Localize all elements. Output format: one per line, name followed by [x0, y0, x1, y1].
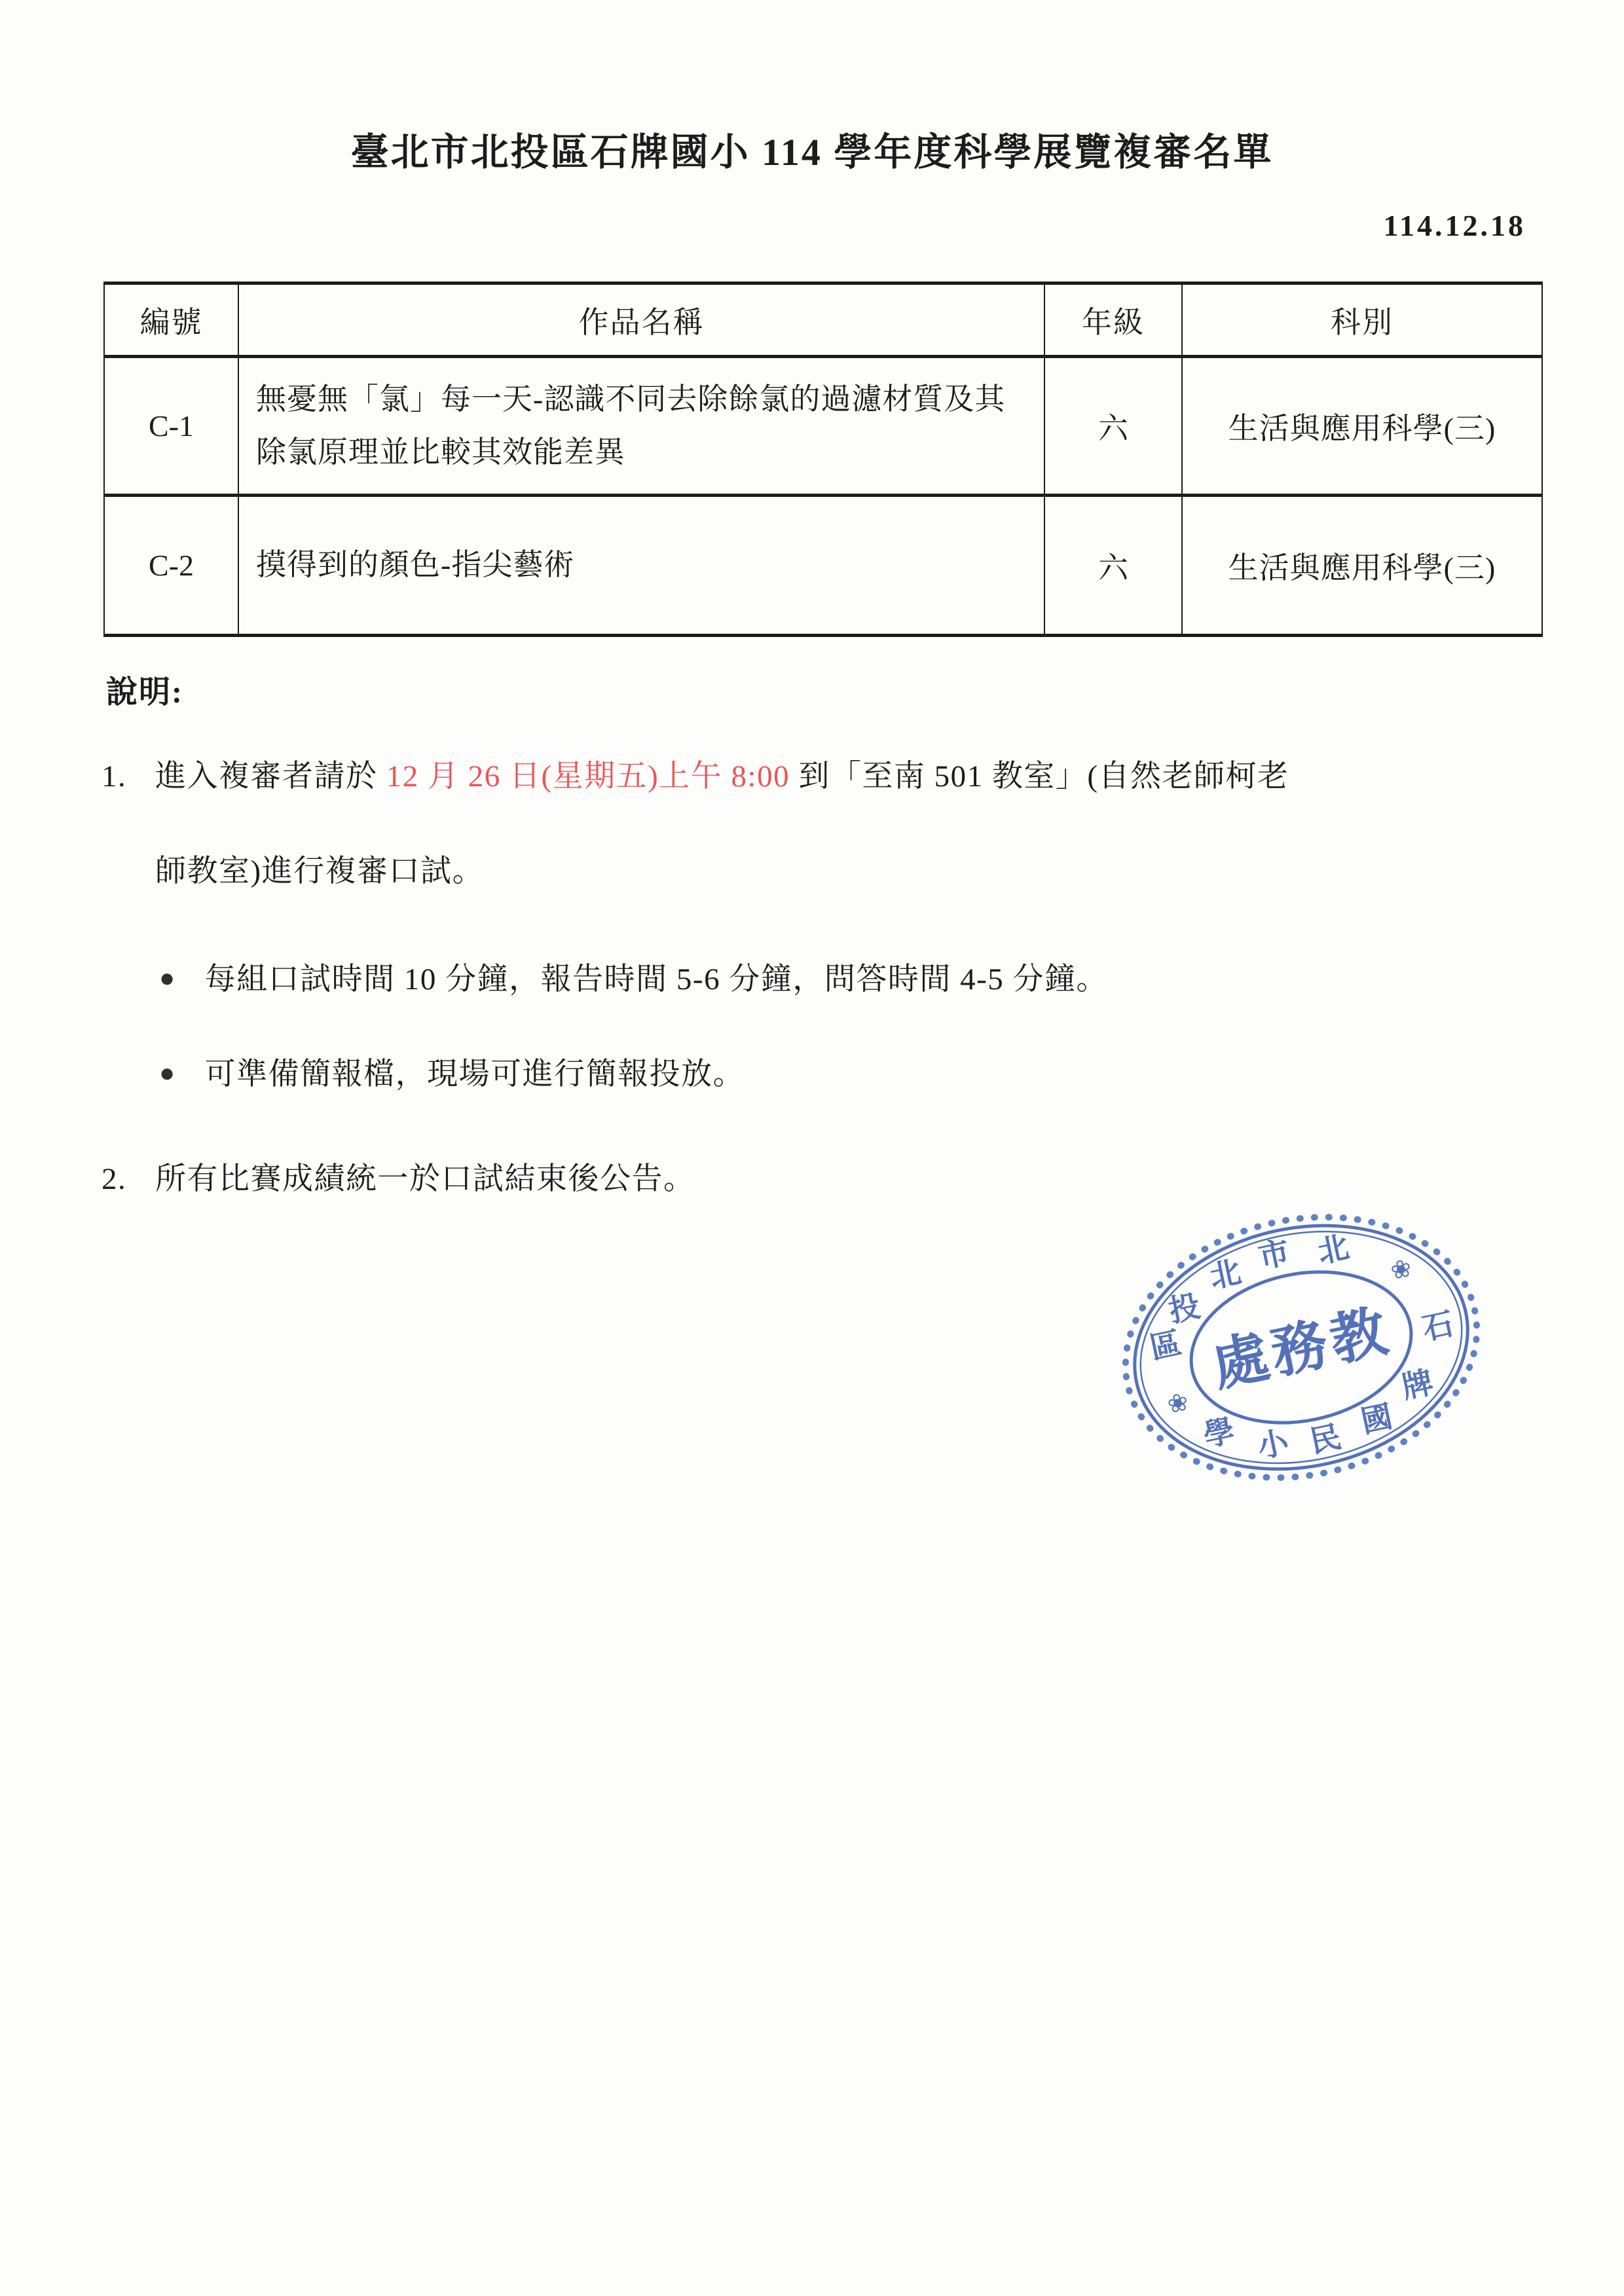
note-item-number: 2.: [101, 1161, 155, 1197]
col-header-id: 編號: [104, 283, 238, 357]
entry-grade: 六: [1044, 496, 1182, 636]
bullet-text: 可準備簡報檔，現場可進行簡報投放。: [205, 1057, 745, 1091]
col-header-category: 科別: [1182, 283, 1542, 357]
entry-title: 無憂無「氯」每一天-認識不同去除餘氯的過濾材質及其除氯原理並比較其效能差異: [238, 357, 1044, 496]
table-row: C-1 無憂無「氯」每一天-認識不同去除餘氯的過濾材質及其除氯原理並比較其效能差…: [104, 357, 1542, 496]
stamp-ring-char: 石: [1420, 1307, 1457, 1347]
stamp-ring-char: 民: [1307, 1420, 1344, 1460]
note-item-1-line-2: 師教室)進行複審口試。: [155, 847, 484, 890]
stamp-ring-char: 北: [1207, 1255, 1244, 1295]
highlighted-date-time: 12 月 26 日(星期五)上午 8:00: [386, 759, 799, 793]
entry-grade: 六: [1044, 357, 1182, 496]
note-item-2: 2.所有比賽成績統一於口試結束後公告。: [101, 1154, 695, 1198]
stamp-flower-icon: ❀: [1165, 1388, 1191, 1419]
entry-title: 摸得到的顏色-指尖藝術: [238, 496, 1044, 636]
stamp-ring-char: 國: [1358, 1400, 1395, 1440]
table-header-row: 編號 作品名稱 年級 科別: [104, 283, 1542, 357]
school-office-stamp: 投 北 市 北 ❀ 石 牌 國 民 小 學 ❀ 區 處務教: [1090, 1174, 1513, 1520]
note-item-text: 進入複審者請於 12 月 26 日(星期五)上午 8:00 到「至南 501 教…: [155, 759, 1289, 793]
note-item-number: 1.: [101, 759, 155, 794]
entry-category: 生活與應用科學(三): [1182, 496, 1542, 636]
bullet-icon: ●: [159, 962, 176, 993]
note-item-text: 所有比賽成績統一於口試結束後公告。: [155, 1162, 695, 1196]
stamp-ring-char: 牌: [1399, 1366, 1437, 1406]
table-row: C-2 摸得到的顏色-指尖藝術 六 生活與應用科學(三): [104, 496, 1542, 636]
col-header-title: 作品名稱: [238, 283, 1044, 357]
review-table: 編號 作品名稱 年級 科別 C-1 無憂無「氯」每一天-認識不同去除餘氯的過濾材…: [103, 282, 1543, 637]
page-title: 臺北市北投區石牌國小 114 學年度科學展覽複審名單: [0, 121, 1624, 176]
note-bullet-2: ●可準備簡報檔，現場可進行簡報投放。: [159, 1049, 745, 1093]
document-page: 臺北市北投區石牌國小 114 學年度科學展覽複審名單 114.12.18 編號 …: [0, 0, 1624, 2296]
bullet-text: 每組口試時間 10 分鐘，報告時間 5-6 分鐘，問答時間 4-5 分鐘。: [205, 962, 1108, 996]
entry-id: C-2: [104, 496, 238, 636]
stamp-ring-char: 市: [1255, 1235, 1293, 1275]
stamp-center-text: 處務教: [1206, 1299, 1396, 1398]
stamp-flower-icon: ❀: [1388, 1254, 1414, 1286]
bullet-icon: ●: [159, 1057, 176, 1088]
stamp-ring-char: 小: [1255, 1425, 1293, 1465]
document-date: 114.12.18: [1384, 208, 1526, 243]
note-bullet-1: ●每組口試時間 10 分鐘，報告時間 5-6 分鐘，問答時間 4-5 分鐘。: [159, 955, 1108, 998]
stamp-ring-char: 北: [1315, 1230, 1352, 1270]
col-header-grade: 年級: [1044, 283, 1182, 357]
stamp-graphic: 投 北 市 北 ❀ 石 牌 國 民 小 學 ❀ 區 處務教: [1090, 1174, 1513, 1520]
stamp-ring-char: 投: [1166, 1289, 1204, 1329]
stamp-ring-char: 區: [1147, 1326, 1185, 1366]
entry-id: C-1: [104, 357, 238, 496]
note-item-1-line-1: 1.進入複審者請於 12 月 26 日(星期五)上午 8:00 到「至南 501…: [101, 752, 1289, 795]
entry-category: 生活與應用科學(三): [1182, 357, 1542, 496]
notes-heading: 說明:: [106, 666, 183, 712]
stamp-ring-char: 學: [1200, 1414, 1238, 1454]
